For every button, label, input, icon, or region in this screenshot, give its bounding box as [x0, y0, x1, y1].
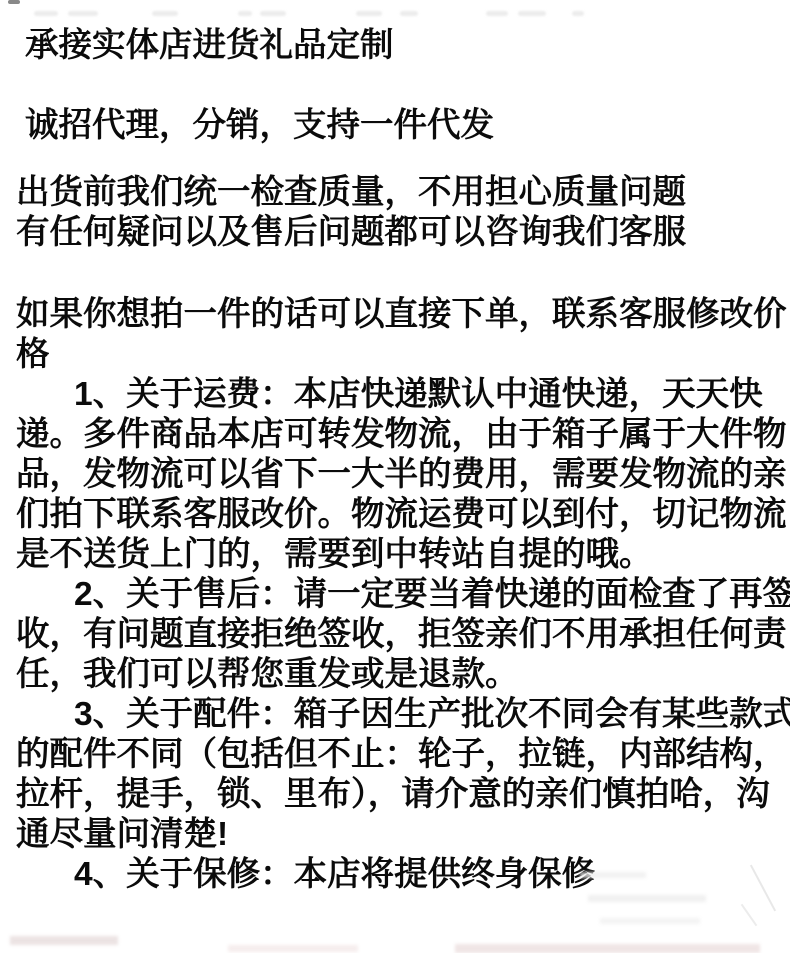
note-aftersale-first-line: 2、关于售后：请一定要当着快递的面检查了再签	[16, 575, 790, 615]
scan-artifact-top-dash	[68, 11, 98, 16]
product-description-page: 承接实体店进货礼品定制 诚招代理，分销，支持一件代发 出货前我们统一检查质量，不…	[0, 0, 790, 953]
description-line: 的配件不同（包括但不止：轮子，拉链，内部结构，	[16, 735, 790, 775]
scan-artifact-scratch	[741, 904, 758, 926]
scan-artifact-top-dash	[518, 11, 546, 16]
description-line: 们拍下联系客服改价。物流运费可以到付，切记物流	[16, 495, 790, 535]
scan-artifact-top-dash	[400, 11, 418, 16]
scan-artifact-top-dash	[238, 11, 252, 16]
description-line: 格	[16, 335, 790, 375]
subtitle: 诚招代理，分销，支持一件代发	[25, 106, 494, 146]
note-shipping-first-line: 1、关于运费：本店快递默认中通快递，天天快	[16, 375, 790, 415]
description-line: 通尽量问清楚!	[16, 815, 790, 855]
scan-artifact-top-dash	[152, 11, 178, 16]
note-accessory-first-line: 3、关于配件：箱子因生产批次不同会有某些款式	[16, 695, 790, 735]
description-line: 收，有问题直接拒绝签收，拒签亲们不用承担任何责	[16, 615, 790, 655]
description-line: 拉杆，提手，锁、里布），请介意的亲们慎拍哈，沟	[16, 775, 790, 815]
scan-artifact-bottom	[228, 945, 358, 952]
scan-artifact-top-dash	[572, 11, 584, 16]
scan-artifact-top-dash	[260, 11, 286, 16]
scan-artifact-bottom	[455, 944, 760, 953]
scan-artifact-top-dash	[486, 11, 508, 16]
description-line: 品，发物流可以省下一大半的费用，需要发物流的亲	[16, 455, 790, 495]
scan-artifact-bottom	[10, 936, 118, 945]
scan-artifact-top-dash	[356, 11, 382, 16]
scan-artifact-bottom	[600, 918, 700, 924]
page-title: 承接实体店进货礼品定制	[25, 26, 394, 66]
quality-note-line: 出货前我们统一检查质量，不用担心质量问题	[16, 173, 686, 213]
description-line: 任，我们可以帮您重发或是退款。	[16, 655, 790, 695]
description-line: 如果你想拍一件的话可以直接下单，联系客服修改价	[16, 295, 790, 335]
quality-note-line: 有任何疑问以及售后问题都可以咨询我们客服	[16, 213, 686, 253]
note-warranty-line: 4、关于保修：本店将提供终身保修	[16, 855, 790, 895]
scan-artifact-bottom	[588, 895, 706, 902]
description-line: 递。多件商品本店可转发物流，由于箱子属于大件物	[16, 415, 790, 455]
scan-artifact-top-left	[8, 0, 20, 4]
description-line: 是不送货上门的，需要到中转站自提的哦。	[16, 535, 790, 575]
scan-artifact-top-dash	[34, 11, 58, 16]
